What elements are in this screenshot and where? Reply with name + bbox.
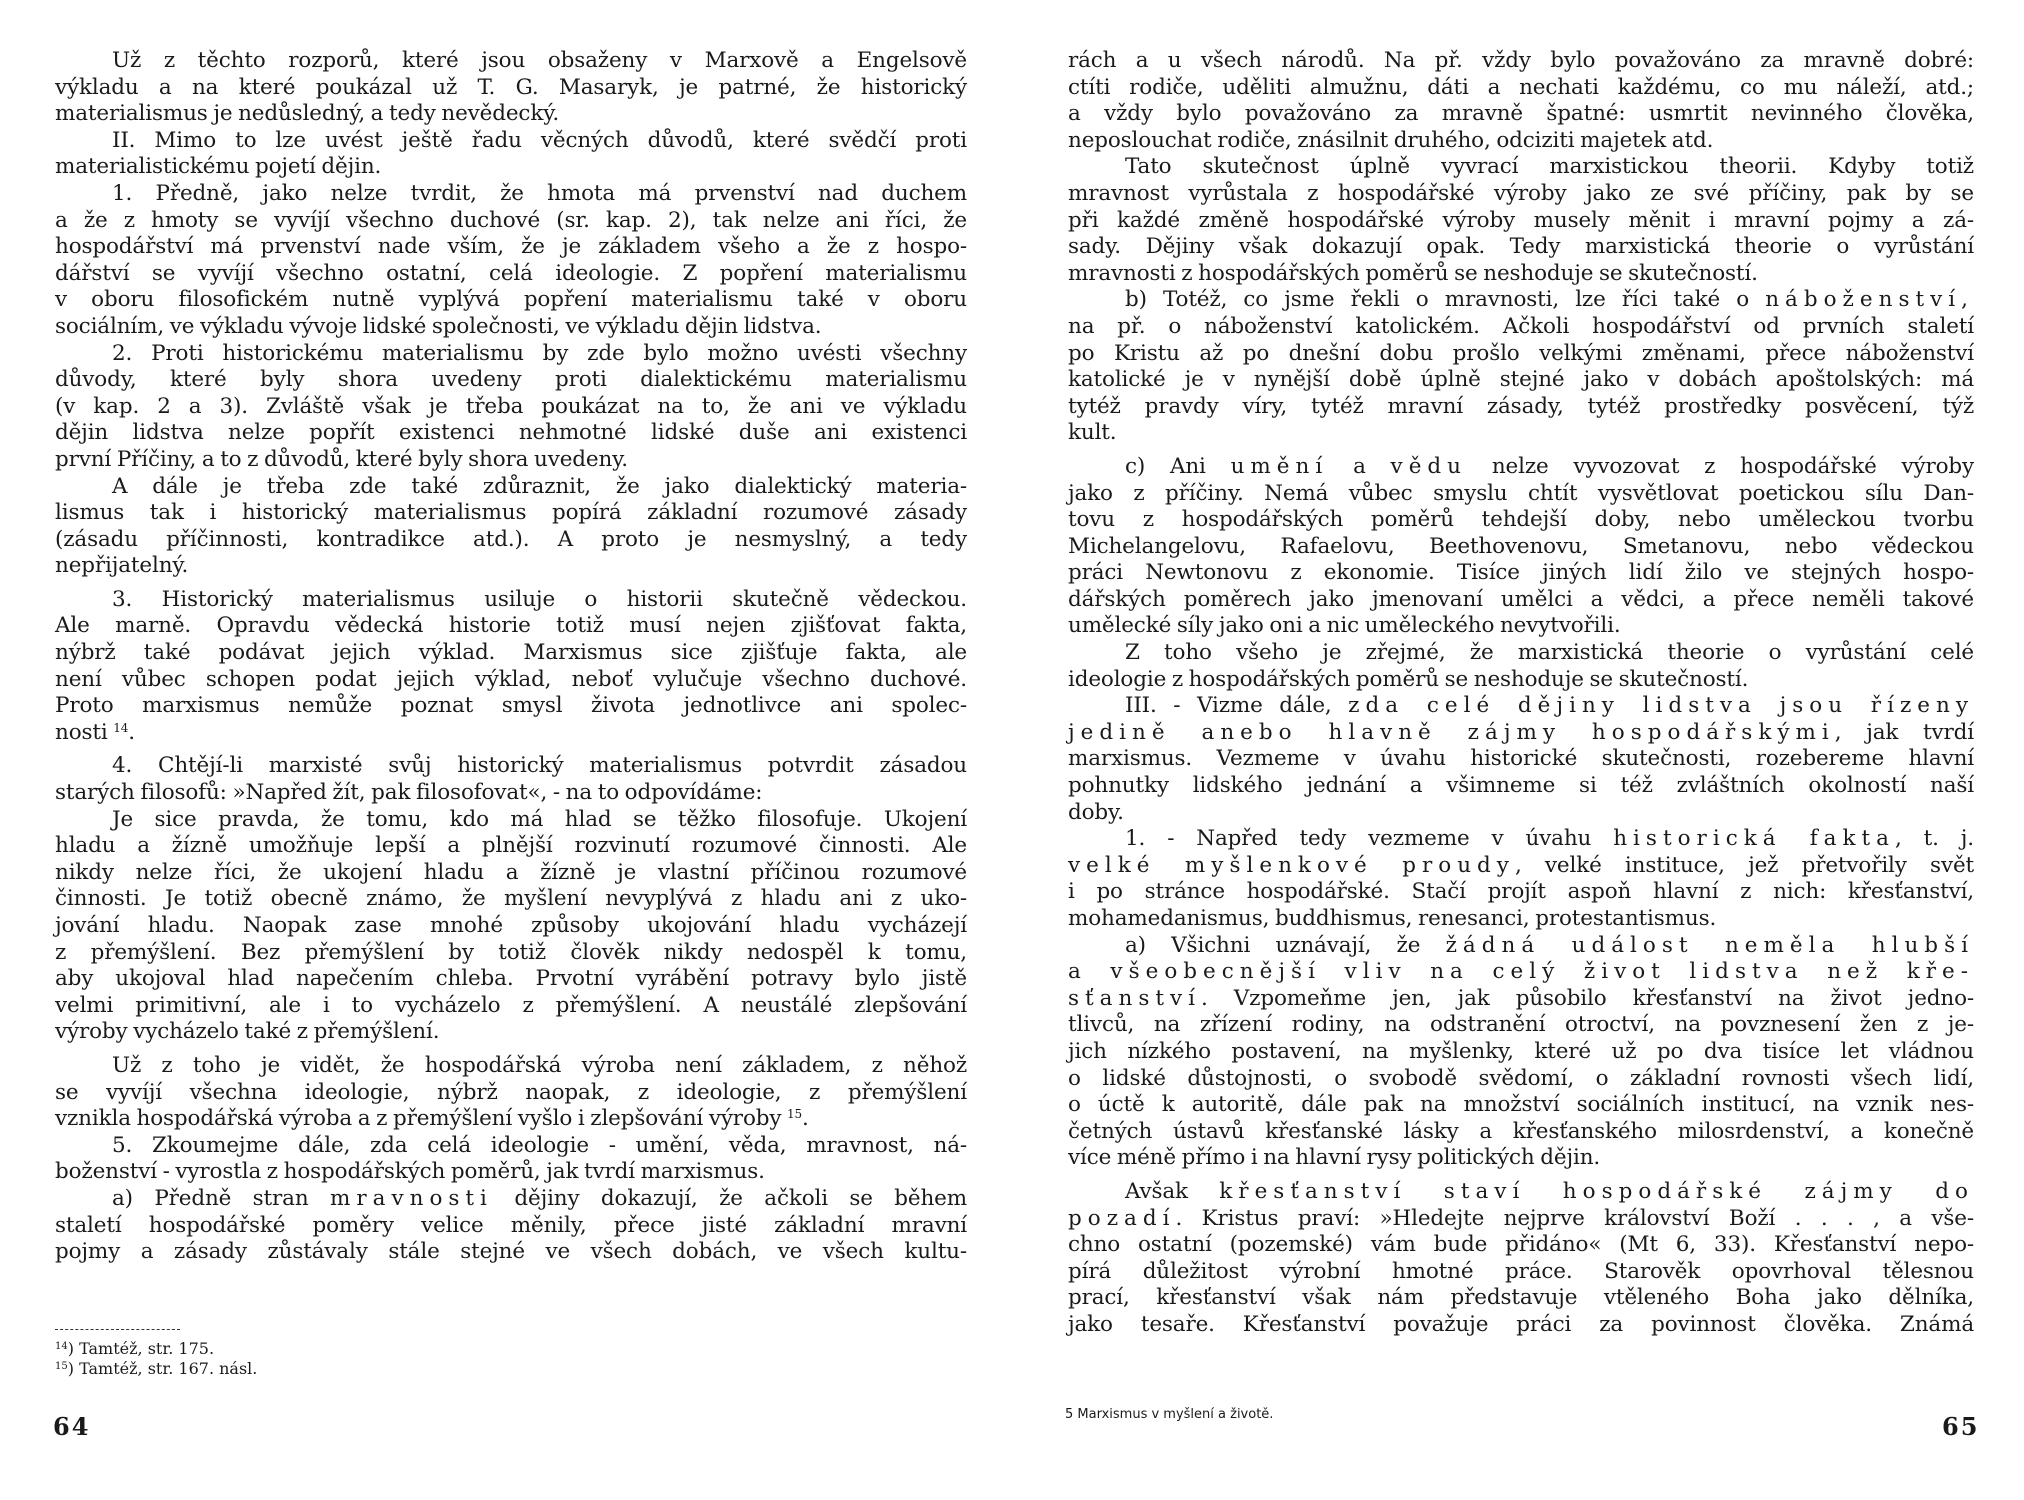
text-line: marxismus. Vezmeme v úvahu historické sk… — [1068, 746, 1974, 773]
text-line: mravnost vyrůstala z hospodářské výroby … — [1068, 181, 1974, 208]
text-line: katolické je v nynější době úplně stejné… — [1068, 367, 1974, 394]
text-line: Michelangelovu, Rafaelovu, Beethovenovu,… — [1068, 534, 1974, 561]
text-line: výkladu a na které poukázal už T. G. Mas… — [55, 75, 967, 102]
printer-signature: 5 Marxismus v myšlení a životě. — [1065, 1407, 1273, 1422]
text-line: a) Všichni uznávají, že žádná událost ne… — [1068, 933, 1974, 960]
text-line: výroby vycházelo také z přemýšlení. — [55, 1019, 967, 1046]
text-line: II. Mimo to lze uvést ještě řadu věcných… — [55, 128, 967, 155]
text-line: 4. Chtějí-li marxisté svůj historický ma… — [55, 753, 967, 780]
text-line: Tato skutečnost úplně vyvrací marxistick… — [1068, 154, 1974, 181]
text-line: 1. Předně, jako nelze tvrdit, že hmota m… — [55, 181, 967, 208]
text-line: jedině anebo hlavně zájmy hospodářskými,… — [1068, 720, 1974, 747]
text-line: aby ukojoval hlad napečením chleba. Prvo… — [55, 966, 967, 993]
text-line: sociálním, ve výkladu vývoje lidské spol… — [55, 314, 967, 341]
text-line: a že z hmoty se vyvíjí všechno duchové (… — [55, 208, 967, 235]
text-line: nikdy nelze říci, že ukojení hladu a žíz… — [55, 860, 967, 887]
text-line: po Kristu až po dnešní dobu prošlo velký… — [1068, 341, 1974, 368]
text-line: jování hladu. Naopak zase mnohé způsoby … — [55, 913, 967, 940]
text-line: doby. — [1068, 800, 1974, 827]
text-line: Z toho všeho je zřejmé, že marxistická t… — [1068, 640, 1974, 667]
text-line: není vůbec schopen podat jejich výklad, … — [55, 667, 967, 694]
text-line: (v kap. 2 a 3). Zvláště však je třeba po… — [55, 394, 967, 421]
text-line: Avšak křesťanství staví hospodářské zájm… — [1068, 1179, 1974, 1206]
text-line: ctíti rodiče, uděliti almužnu, dáti a ne… — [1068, 75, 1974, 102]
text-line: c) Ani umění a vědu nelze vyvozovat z ho… — [1068, 454, 1974, 481]
text-line: Už z toho je vidět, že hospodářská výrob… — [55, 1053, 967, 1080]
text-line: III. - Vizme dále, zda celé dějiny lidst… — [1068, 693, 1974, 720]
text-line: mravnosti z hospodářských poměrů se nesh… — [1068, 261, 1974, 288]
page-number-left: 64 — [53, 1412, 90, 1441]
text-line: tlivců, na zřízení rodiny, na odstranění… — [1068, 1012, 1974, 1039]
left-page: Už z těchto rozporů, které jsou obsaženy… — [0, 0, 1012, 1500]
text-line: sady. Dějiny však dokazují opak. Tedy ma… — [1068, 234, 1974, 261]
page-number-right: 65 — [1942, 1412, 1979, 1441]
text-line: chno ostatní (pozemské) vám bude přidáno… — [1068, 1232, 1974, 1259]
text-line: Je sice pravda, že tomu, kdo má hlad se … — [55, 807, 967, 834]
text-line: nýbrž také podávat jejich výklad. Marxis… — [55, 640, 967, 667]
text-line: umělecké síly jako oni a nic uměleckého … — [1068, 613, 1974, 640]
text-line: mohamedanismus, buddhismus, renesanci, p… — [1068, 906, 1974, 933]
text-line: pohnutky lidského jednání a všimneme si … — [1068, 773, 1974, 800]
text-line: o úctě k autoritě, dále pak na množství … — [1068, 1092, 1974, 1119]
text-line: jako tesaře. Křesťanství považuje práci … — [1068, 1312, 1974, 1339]
text-line: dářských poměrech jako jmenovaní umělci … — [1068, 587, 1974, 614]
text-line: důvody, které byly shora uvedeny proti d… — [55, 367, 967, 394]
left-page-body: Už z těchto rozporů, které jsou obsaženy… — [55, 48, 967, 1266]
text-line: lismus tak i historický materialismus po… — [55, 500, 967, 527]
text-line: nepřijatelný. — [55, 553, 967, 580]
text-line: se vyvíjí všechna ideologie, nýbrž naopa… — [55, 1080, 967, 1107]
footnote-14: 14) Tamtéž, str. 175. — [55, 1339, 257, 1359]
text-line: 1. - Napřed tedy vezmeme v úvahu histori… — [1068, 826, 1974, 853]
text-line: hospodářství má prvenství nade vším, že … — [55, 234, 967, 261]
text-line: činnosti. Je totiž obecně známo, že myšl… — [55, 886, 967, 913]
text-line: na př. o náboženství katolickém. Ačkoli … — [1068, 314, 1974, 341]
text-line: A dále je třeba zde také zdůraznit, že j… — [55, 474, 967, 501]
text-line: jako z příčiny. Nemá vůbec smyslu chtít … — [1068, 481, 1974, 508]
text-line: 2. Proti historickému materialismu by zd… — [55, 341, 967, 368]
text-line: a) Předně stran mravnosti dějiny dokazuj… — [55, 1186, 967, 1213]
footnote-15: 15) Tamtéž, str. 167. násl. — [55, 1359, 257, 1379]
text-line: z přemýšlení. Bez přemýšlení by totiž čl… — [55, 940, 967, 967]
text-line: dějin lidstva nelze popřít existenci neh… — [55, 420, 967, 447]
text-line: prací, křesťanství však nám představuje … — [1068, 1285, 1974, 1312]
text-line: tovu z hospodářských poměrů tehdejší dob… — [1068, 507, 1974, 534]
text-line: Už z těchto rozporů, které jsou obsaženy… — [55, 48, 967, 75]
text-line: boženství - vyrostla z hospodářských pom… — [55, 1159, 967, 1186]
right-page-body: rách a u všech národů. Na př. vždy bylo … — [1068, 48, 1974, 1339]
text-line: četných ústavů křesťanské lásky a křesťa… — [1068, 1119, 1974, 1146]
text-line: vznikla hospodářská výroba a z přemýšlen… — [55, 1106, 967, 1133]
text-line: velmi primitivní, ale i to vycházelo z p… — [55, 993, 967, 1020]
text-line: 5. Zkoumejme dále, zda celá ideologie - … — [55, 1133, 967, 1160]
text-line: (zásadu příčinnosti, kontradikce atd.). … — [55, 527, 967, 554]
text-line: o lidské důstojnosti, o svobodě svědomí,… — [1068, 1066, 1974, 1093]
text-line: jich nízkého postavení, na myšlenky, kte… — [1068, 1039, 1974, 1066]
text-line: sťanství. Vzpomeňme jen, jak působilo kř… — [1068, 986, 1974, 1013]
text-line: první Příčiny, a to z důvodů, které byly… — [55, 447, 967, 474]
text-line: rách a u všech národů. Na př. vždy bylo … — [1068, 48, 1974, 75]
text-line: a vždy bylo považováno za mravně špatné:… — [1068, 101, 1974, 128]
text-line: 3. Historický materialismus usiluje o hi… — [55, 587, 967, 614]
text-line: kult. — [1068, 420, 1974, 447]
footnotes: 14) Tamtéž, str. 175. 15) Tamtéž, str. 1… — [55, 1339, 257, 1379]
text-line: více méně přímo i na hlavní rysy politic… — [1068, 1145, 1974, 1172]
text-line: b) Totéž, co jsme řekli o mravnosti, lze… — [1068, 287, 1974, 314]
text-line: nosti 14. — [55, 720, 967, 747]
text-line: pozadí. Kristus praví: »Hledejte nejprve… — [1068, 1206, 1974, 1233]
text-line: materialismus je nedůsledný, a tedy nevě… — [55, 101, 967, 128]
text-line: pírá důležitost výrobní hmotné práce. St… — [1068, 1259, 1974, 1286]
text-line: i po stránce hospodářské. Stačí projít a… — [1068, 879, 1974, 906]
footnote-rule — [55, 1329, 180, 1330]
text-line: v oboru filosofickém nutně vyplývá popře… — [55, 287, 967, 314]
text-line: Proto marxismus nemůže poznat smysl živo… — [55, 693, 967, 720]
text-line: dářství se vyvíjí všechno ostatní, celá … — [55, 261, 967, 288]
text-line: velké myšlenkové proudy, velké instituce… — [1068, 853, 1974, 880]
text-line: neposlouchat rodiče, znásilnit druhého, … — [1068, 128, 1974, 155]
text-line: tytéž pravdy víry, tytéž mravní zásady, … — [1068, 394, 1974, 421]
text-line: pojmy a zásady zůstávaly stále stejné ve… — [55, 1239, 967, 1266]
text-line: při každé změně hospodářské výroby musel… — [1068, 208, 1974, 235]
text-line: Ale marně. Opravdu vědecká historie toti… — [55, 613, 967, 640]
right-page: rách a u všech národů. Na př. vždy bylo … — [1012, 0, 2024, 1500]
text-line: materialistickému pojetí dějin. — [55, 154, 967, 181]
text-line: a všeobecnější vliv na celý život lidstv… — [1068, 959, 1974, 986]
text-line: staletí hospodářské poměry velice měnily… — [55, 1213, 967, 1240]
text-line: ideologie z hospodářských poměrů se nesh… — [1068, 667, 1974, 694]
text-line: hladu a žízně umožňuje lepší a plnější r… — [55, 833, 967, 860]
text-line: starých filosofů: »Napřed žít, pak filos… — [55, 780, 967, 807]
text-line: práci Newtonovu z ekonomie. Tisíce jinýc… — [1068, 560, 1974, 587]
